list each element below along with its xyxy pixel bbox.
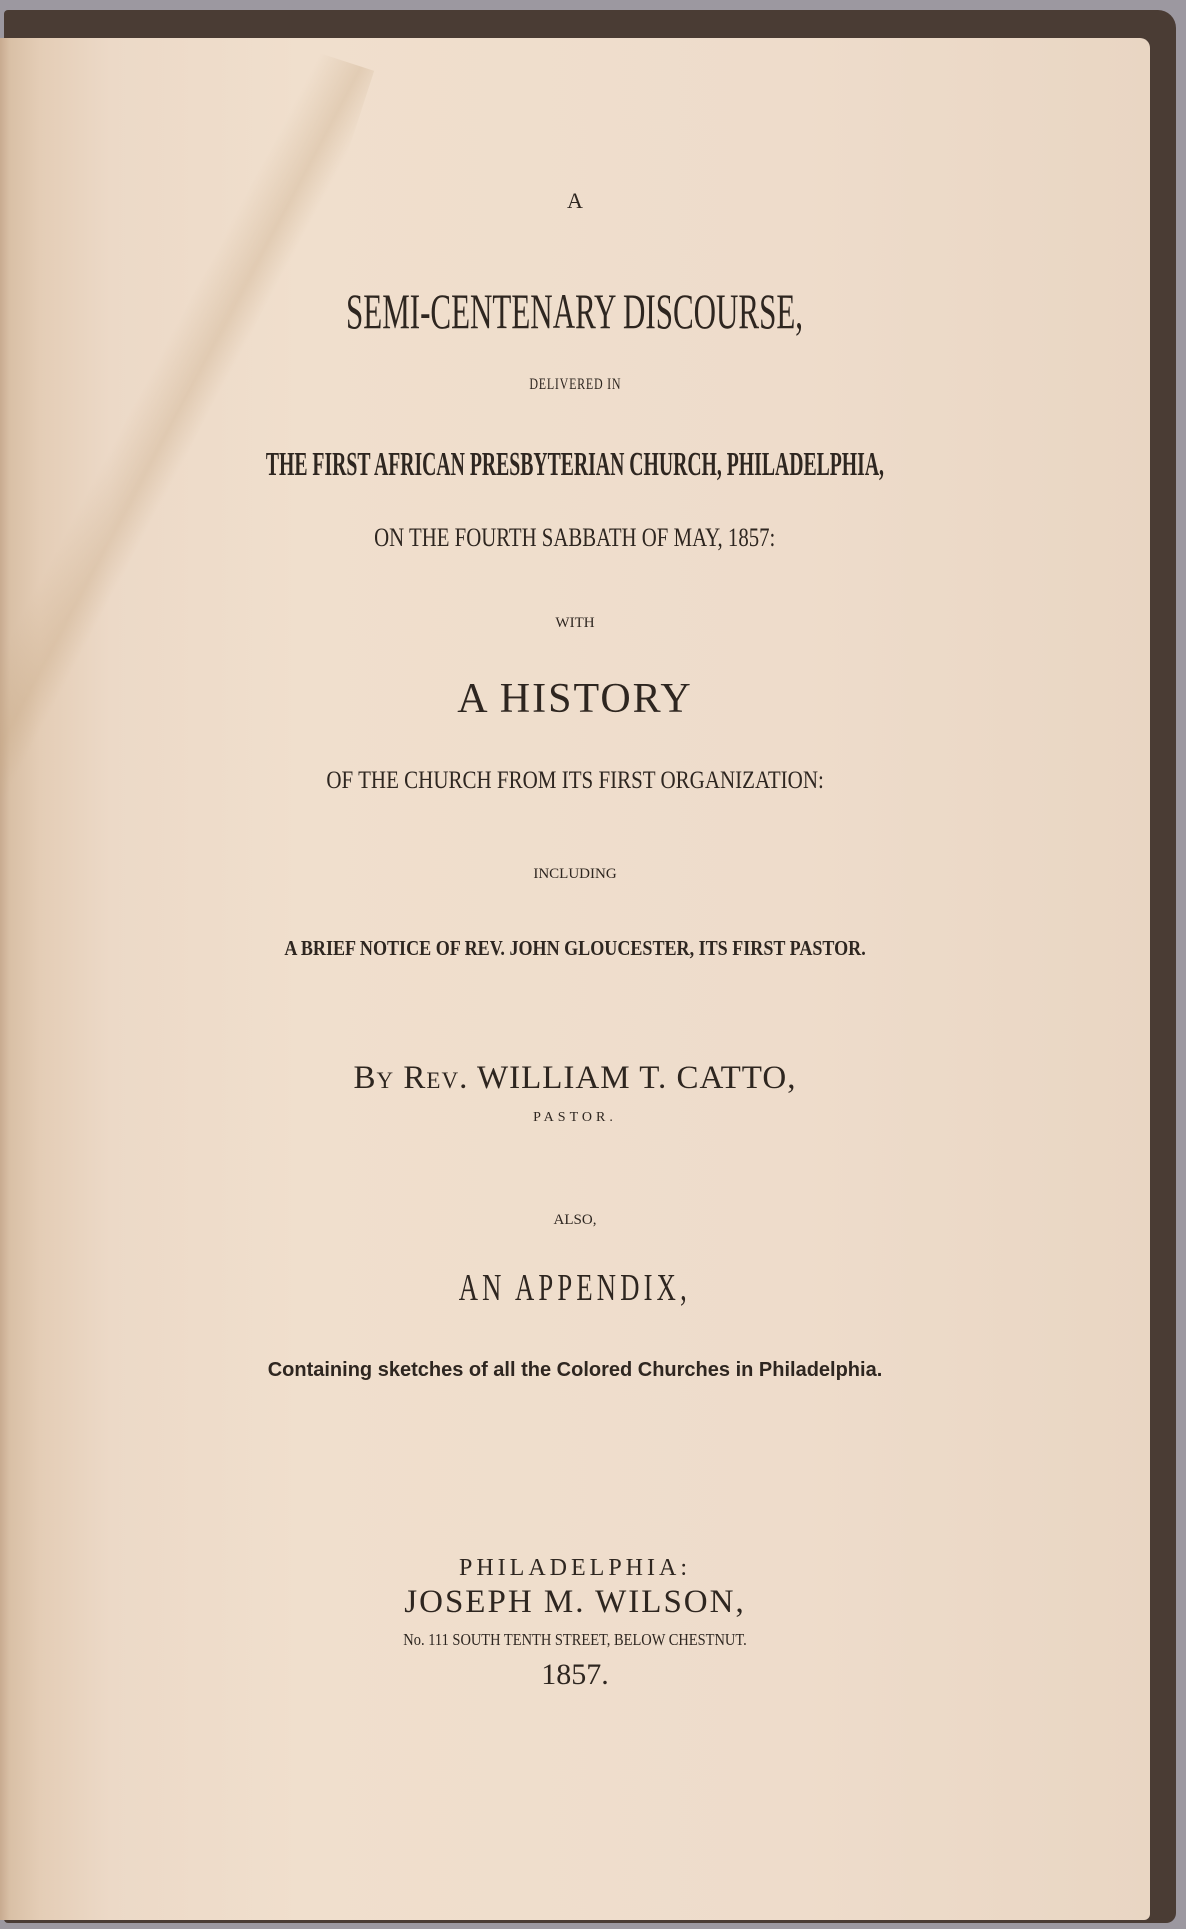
history-subtitle: OF THE CHURCH FROM ITS FIRST ORGANIZATIO… bbox=[0, 768, 1150, 793]
author-role: PASTOR. bbox=[0, 1111, 1150, 1125]
church-name: THE FIRST AFRICAN PRESBYTERIAN CHURCH, P… bbox=[0, 448, 1150, 482]
date-line-text: ON THE FOURTH SABBATH OF MAY, 1857: bbox=[374, 525, 775, 551]
appendix-title-text: AN APPENDIX, bbox=[459, 1269, 691, 1307]
church-name-text: THE FIRST AFRICAN PRESBYTERIAN CHURCH, P… bbox=[266, 448, 884, 482]
title-page: A SEMI-CENTENARY DISCOURSE, DELIVERED IN… bbox=[0, 38, 1150, 1920]
with-label: WITH bbox=[0, 616, 1150, 631]
imprint-address: No. 111 SOUTH TENTH STREET, BELOW CHESTN… bbox=[0, 1631, 1150, 1648]
imprint-publisher: JOSEPH M. WILSON, bbox=[0, 1586, 1150, 1619]
history-title: A HISTORY bbox=[0, 678, 1150, 720]
date-line: ON THE FOURTH SABBATH OF MAY, 1857: bbox=[0, 525, 1150, 551]
imprint-address-text: No. 111 SOUTH TENTH STREET, BELOW CHESTN… bbox=[403, 1631, 746, 1648]
author-name: WILLIAM T. CATTO, bbox=[477, 1060, 796, 1096]
including-label: INCLUDING bbox=[0, 867, 1150, 882]
appendix-title: AN APPENDIX, bbox=[0, 1269, 1150, 1307]
main-title-text: SEMI-CENTENARY DISCOURSE, bbox=[347, 286, 804, 336]
delivered-in: DELIVERED IN bbox=[0, 377, 1150, 393]
gloucester-notice-text: A BRIEF NOTICE OF REV. JOHN GLOUCESTER, … bbox=[284, 938, 865, 959]
imprint-year: 1857. bbox=[0, 1660, 1150, 1690]
gloucester-notice: A BRIEF NOTICE OF REV. JOHN GLOUCESTER, … bbox=[0, 938, 1150, 959]
imprint-city: PHILADELPHIA: bbox=[0, 1556, 1150, 1580]
article-a: A bbox=[0, 190, 1150, 212]
author-prefix: By Rev. bbox=[354, 1060, 469, 1096]
also-label: ALSO, bbox=[0, 1213, 1150, 1228]
main-title: SEMI-CENTENARY DISCOURSE, bbox=[0, 286, 1150, 336]
history-subtitle-text: OF THE CHURCH FROM ITS FIRST ORGANIZATIO… bbox=[326, 768, 823, 793]
delivered-in-text: DELIVERED IN bbox=[529, 377, 621, 393]
author-line: By Rev. WILLIAM T. CATTO, bbox=[0, 1062, 1150, 1095]
appendix-description: Containing sketches of all the Colored C… bbox=[0, 1360, 1150, 1380]
